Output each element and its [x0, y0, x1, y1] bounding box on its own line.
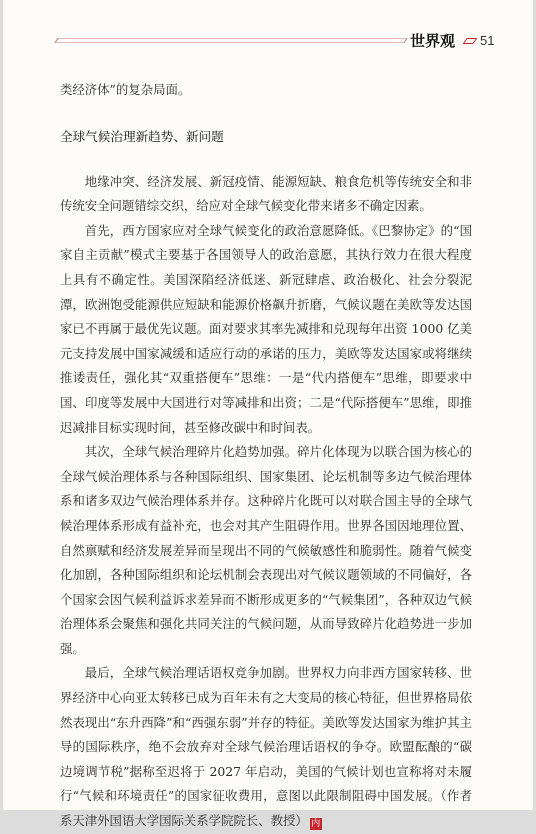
paragraph-3: 其次，全球气候治理碎片化趋势加强。碎片化体现为以联合国为核心的全球气候治理体系与… [60, 440, 472, 661]
lead-fragment: 类经济体”的复杂局面。 [60, 78, 472, 103]
section-subheading: 全球气候治理新趋势、新问题 [60, 127, 472, 147]
article-body: 类经济体”的复杂局面。 全球气候治理新趋势、新问题 地缘冲突、经济发展、新冠疫情… [60, 78, 472, 810]
parallelogram-mark-icon [463, 38, 477, 44]
paragraph-2: 首先，西方国家应对全球气候变化的政治意愿降低。《巴黎协定》的“国家自主贡献”模式… [60, 219, 472, 440]
magazine-page: 世界观 51 类经济体”的复杂局面。 全球气候治理新趋势、新问题 地缘冲突、经济… [3, 0, 533, 810]
section-title: 世界观 [410, 31, 455, 51]
page-header: 世界观 51 [3, 0, 533, 60]
page-number: 51 [480, 32, 494, 50]
header-rule-icon [55, 38, 407, 43]
paragraph-4-text: 最后，全球气候治理话语权竞争加剧。世界权力向非西方国家转移、世界经济中心向亚太转… [60, 665, 472, 803]
paragraph-1: 地缘冲突、经济发展、新冠疫情、能源短缺、粮食危机等传统安全和非传统安全问题错综交… [60, 170, 472, 219]
paragraph-4: 最后，全球气候治理话语权竞争加剧。世界权力向非西方国家转移、世界经济中心向亚太转… [60, 661, 472, 810]
